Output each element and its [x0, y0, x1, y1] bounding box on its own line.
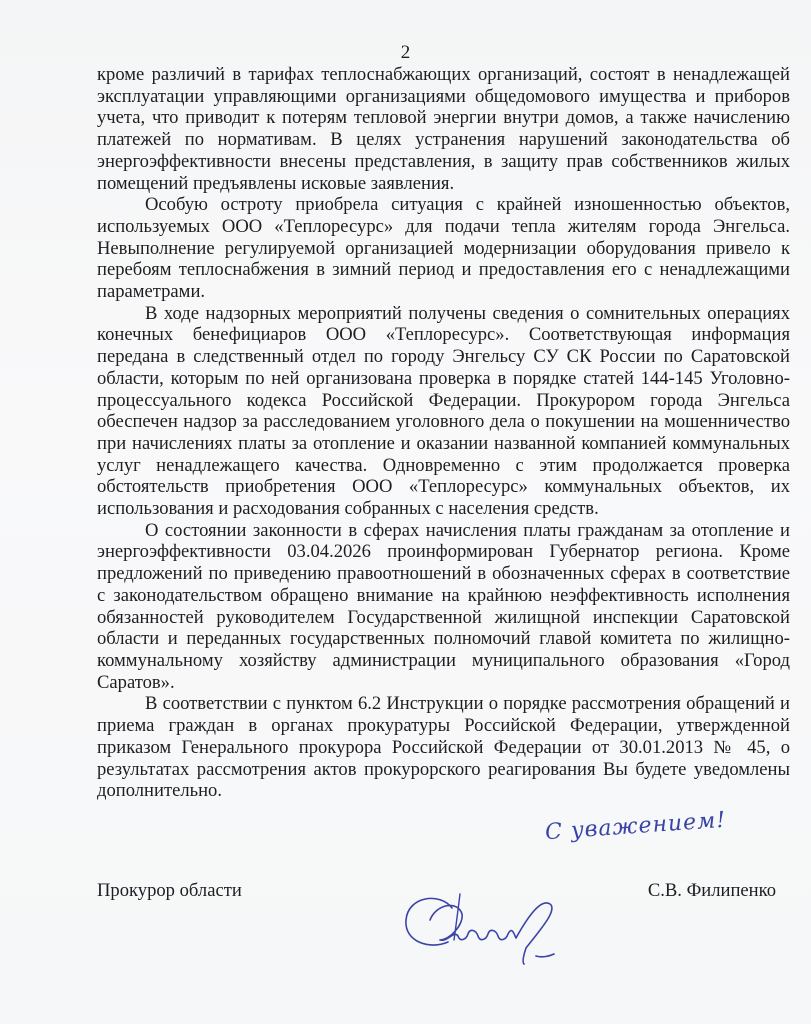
paragraph-4: О состоянии законности в сферах начислен…	[97, 520, 790, 694]
paragraph-1: кроме различий в тарифах теплоснабжающих…	[97, 64, 790, 194]
handwritten-signature-icon	[400, 890, 570, 970]
signatory-title: Прокурор области	[97, 880, 242, 902]
paragraph-5: В соответствии с пунктом 6.2 Инструкции …	[97, 693, 790, 802]
handwritten-closing: С уважением!	[544, 808, 727, 846]
signatory-name: С.В. Филипенко	[648, 880, 776, 902]
letter-body: кроме различий в тарифах теплоснабжающих…	[97, 64, 790, 802]
paragraph-2: Особую остроту приобрела ситуация с край…	[97, 194, 790, 303]
paragraph-3: В ходе надзорных мероприятий получены св…	[97, 303, 790, 520]
document-page: 2 кроме различий в тарифах теплоснабжающ…	[0, 0, 811, 1024]
page-number: 2	[0, 42, 811, 64]
